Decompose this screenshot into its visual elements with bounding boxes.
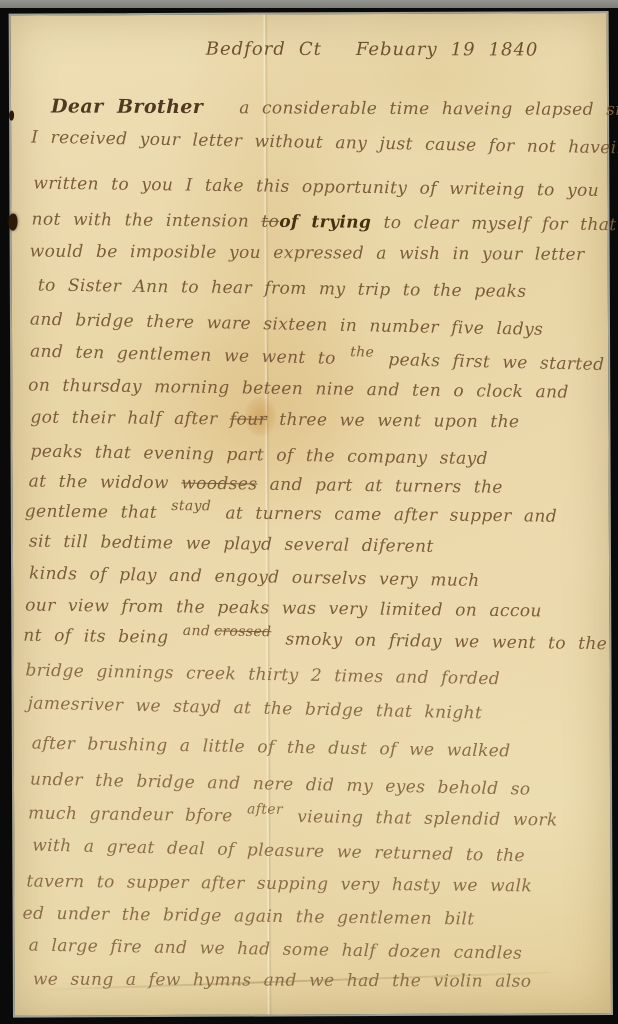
struck-word: to xyxy=(261,212,279,232)
letter-line: written to you I take this opportunity o… xyxy=(33,174,599,201)
letter-line-text: ed under the bridge again the gentlemen … xyxy=(22,904,474,930)
letter-line-text: not with the intension xyxy=(31,210,261,232)
letter-line-text: our view from the peaks was very limited… xyxy=(25,596,542,622)
letter-line-text: nt of its being xyxy=(23,626,181,648)
inserted-word: after xyxy=(247,802,283,818)
letter-line-text: got their half after xyxy=(30,408,230,430)
ink-blot xyxy=(9,111,14,121)
letter-line: tavern to supper after supping very hast… xyxy=(26,872,532,897)
letter-line-text: gentleme that xyxy=(25,502,170,523)
letter-line-text: sit till bedtime we playd several difere… xyxy=(29,532,434,557)
letter-line: and ten gentlemen we went to the peaks f… xyxy=(30,342,605,376)
letter-line: nt of its being andcrossed smoky on frid… xyxy=(23,626,607,655)
letter-line-text: jamesriver we stayd at the bridge that k… xyxy=(27,694,482,724)
dateline: Bedford CtFebuary 19 1840 xyxy=(206,39,539,61)
salutation-line: Dear Brothera considerable time haveing … xyxy=(51,95,618,120)
dateline-place: Bedford Ct xyxy=(206,39,322,60)
letter-line-text: on thursday morning beteen nine and ten … xyxy=(28,376,569,403)
letter-line: much grandeur bfore after vieuing that s… xyxy=(28,804,558,831)
letter-line: jamesriver we stayd at the bridge that k… xyxy=(27,694,482,724)
letter-line: our view from the peaks was very limited… xyxy=(25,596,542,622)
ink-blot xyxy=(8,214,17,231)
inserted-word: and xyxy=(183,623,211,639)
letter-paper: Bedford CtFebuary 19 1840 Dear Brothera … xyxy=(9,11,613,1018)
dateline-date: Febuary 19 1840 xyxy=(356,39,539,60)
letter-line: a large fire and we had some half dozen … xyxy=(29,936,523,964)
struck-word: woodses xyxy=(181,474,257,495)
letter-line-text: and bridge there ware sixteen in number … xyxy=(30,310,544,340)
letter-line-text: after brushing a little of the dust of w… xyxy=(32,734,511,762)
letter-line-text: and part at turners the xyxy=(257,475,503,498)
letter-line: bridge ginnings creek thirty 2 times and… xyxy=(25,661,500,690)
letter-line: gentleme that stayd at turners came afte… xyxy=(25,502,558,527)
letter-line: and bridge there ware sixteen in number … xyxy=(30,310,544,340)
letter-line-text: smoky on friday we went to the xyxy=(273,629,607,654)
letter-line-text: a large fire and we had some half dozen … xyxy=(29,936,523,964)
scan-frame: Bedford CtFebuary 19 1840 Dear Brothera … xyxy=(0,0,618,1024)
letter-line-text: a considerable time haveing elapsed sinc… xyxy=(239,98,618,120)
retraced-word: of trying xyxy=(279,212,371,233)
struck-word: four xyxy=(230,409,267,429)
letter-line-text: at turners came after supper and xyxy=(213,503,557,526)
letter-line-text: bridge ginnings creek thirty 2 times and… xyxy=(25,661,500,690)
letter-line: sit till bedtime we playd several difere… xyxy=(29,532,434,557)
inserted-word: stayd xyxy=(171,498,211,514)
scanner-edge xyxy=(0,0,618,8)
letter-line-text: with a great deal of pleasure we returne… xyxy=(32,836,525,867)
letter-line: would be imposible you expressed a wish … xyxy=(30,242,585,265)
letter-line-text: peaks that evening part of the company s… xyxy=(30,442,488,470)
letter-line-text: three we went upon the xyxy=(267,410,520,432)
letter-line: ed under the bridge again the gentlemen … xyxy=(22,904,474,930)
letter-line-text: vieuing that splendid work xyxy=(285,807,558,831)
letter-line: with a great deal of pleasure we returne… xyxy=(32,836,525,867)
letter-line-text: and ten gentlemen we went to xyxy=(30,342,348,369)
letter-line-text: tavern to supper after supping very hast… xyxy=(26,872,532,897)
struck-inserted-word: crossed xyxy=(214,624,271,641)
letter-line: I received your letter without any just … xyxy=(31,128,618,159)
letter-line-text: peaks first we started xyxy=(376,350,605,375)
letter-line-text: to clear myself for that xyxy=(371,213,616,235)
letter-line-text: under the bridge and nere did my eyes be… xyxy=(30,770,531,800)
letter-line-text: at the widdow xyxy=(29,472,182,494)
letter-line: after brushing a little of the dust of w… xyxy=(32,734,511,762)
letter-line: not with the intension toof trying to cl… xyxy=(31,210,616,236)
letter-line: under the bridge and nere did my eyes be… xyxy=(30,770,531,800)
letter-line: on thursday morning beteen nine and ten … xyxy=(28,376,569,403)
letter-line: peaks that evening part of the company s… xyxy=(30,442,488,470)
inserted-word: the xyxy=(350,344,374,361)
letter-line-text: written to you I take this opportunity o… xyxy=(33,174,599,201)
letter-line: at the widdow woodses and part at turner… xyxy=(29,472,503,498)
letter-line-text: I received your letter without any just … xyxy=(31,128,618,159)
letter-line: kinds of play and engoyd ourselvs very m… xyxy=(29,564,480,591)
letter-line: got their half after four three we went … xyxy=(30,408,519,433)
letter-line-text: much grandeur bfore xyxy=(28,804,245,827)
letter-line-text: to Sister Ann to hear from my trip to th… xyxy=(38,276,527,302)
letter-line-text: kinds of play and engoyd ourselvs very m… xyxy=(29,564,480,591)
letter-line-text: would be imposible you expressed a wish … xyxy=(30,242,585,265)
salutation: Dear Brother xyxy=(51,95,203,118)
letter-line: to Sister Ann to hear from my trip to th… xyxy=(38,276,527,302)
letter-line: we sung a few hymns and we had the violi… xyxy=(33,970,532,992)
letter-line-text: we sung a few hymns and we had the violi… xyxy=(33,970,532,992)
